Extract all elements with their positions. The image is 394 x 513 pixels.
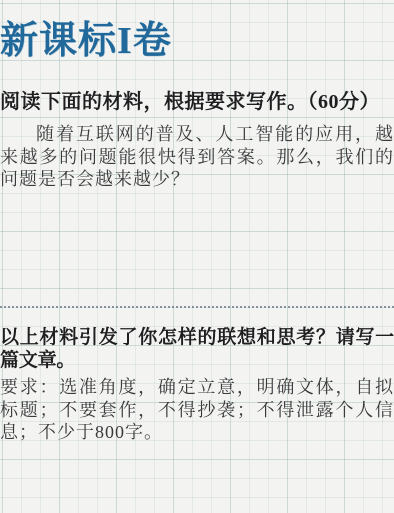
dotted-divider-line — [0, 306, 394, 308]
exam-paper-page: 新课标I卷 阅读下面的材料，根据要求写作。（60分） 随着互联网的普及、人工智能… — [0, 0, 394, 513]
exam-title: 新课标I卷 — [0, 18, 172, 64]
material-paragraph: 随着互联网的普及、人工智能的应用，越来越多的问题能很快得到答案。那么，我们的问题… — [0, 123, 394, 191]
prompt-header: 阅读下面的材料，根据要求写作。（60分） — [0, 90, 394, 115]
task-paragraph: 以上材料引发了你怎样的联想和思考？请写一篇文章。 — [0, 326, 394, 372]
requirements-paragraph: 要求：选准角度，确定立意，明确文体，自拟标题；不要套作，不得抄袭；不得泄露个人信… — [0, 376, 394, 444]
